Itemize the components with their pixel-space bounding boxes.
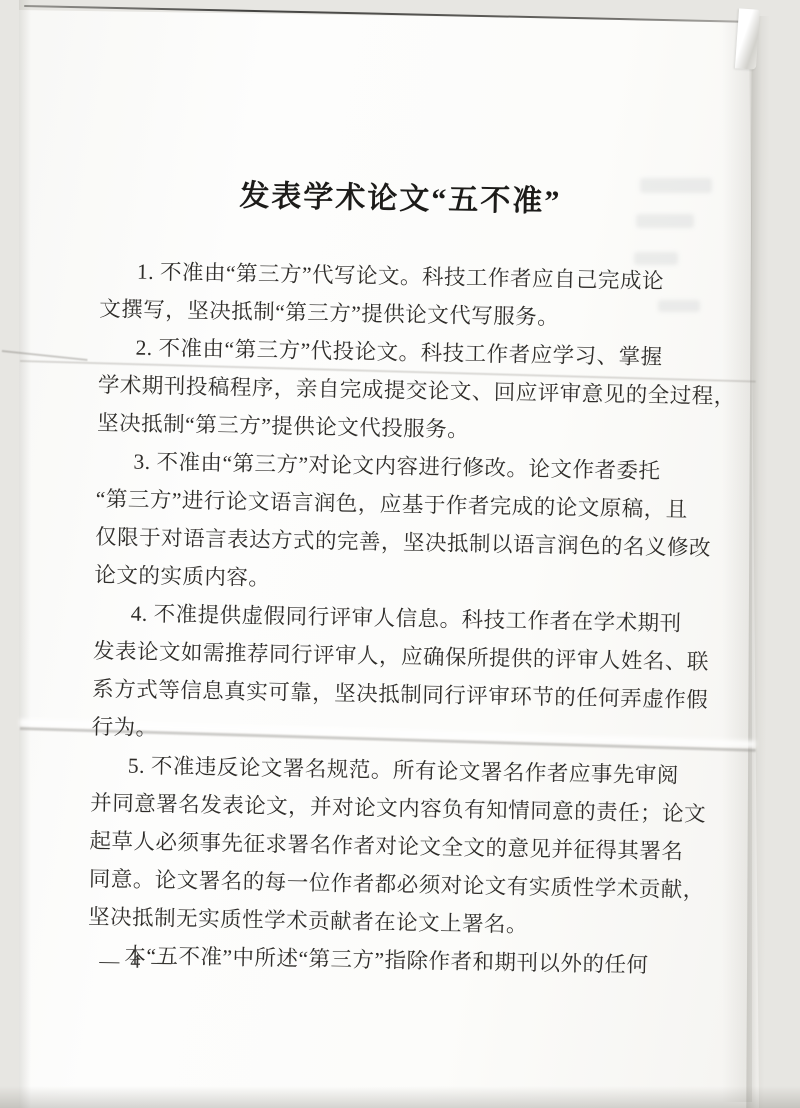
- paragraph-3: 3. 不准由“第三方”对论文内容进行修改。论文作者委托 “第三方”进行论文语言润…: [94, 442, 695, 605]
- paragraph-1: 1. 不准由“第三方”代写论文。科技工作者应自己完成论 文撰写，坚决抵制“第三方…: [99, 252, 698, 339]
- paragraph-5: 5. 不准违反论文署名规范。所有论文署名作者应事先审阅 并同意署名发表论文，并对…: [88, 746, 689, 947]
- paper-left-edge-shadow: [19, 0, 31, 1108]
- scanned-document-page: 发表学术论文“五不准” 1. 不准由“第三方”代写论文。科技工作者应自己完成论 …: [0, 0, 800, 1108]
- paragraph-2: 2. 不准由“第三方”代投论文。科技工作者应学习、掌握 学术期刊投稿程序，亲自完…: [97, 328, 697, 453]
- scan-bottom-shadow: [0, 1086, 800, 1108]
- document-body: 1. 不准由“第三方”代写论文。科技工作者应自己完成论 文撰写，坚决抵制“第三方…: [87, 252, 698, 985]
- document-title: 发表学术论文“五不准”: [101, 168, 700, 223]
- document-content: 发表学术论文“五不准” 1. 不准由“第三方”代写论文。科技工作者应自己完成论 …: [87, 160, 700, 985]
- corner-fold: [735, 8, 760, 69]
- paragraph-4: 4. 不准提供虚假同行评审人信息。科技工作者在学术期刊 发表论文如需推荐同行评审…: [91, 594, 692, 757]
- page-number: — 4 —: [99, 950, 174, 974]
